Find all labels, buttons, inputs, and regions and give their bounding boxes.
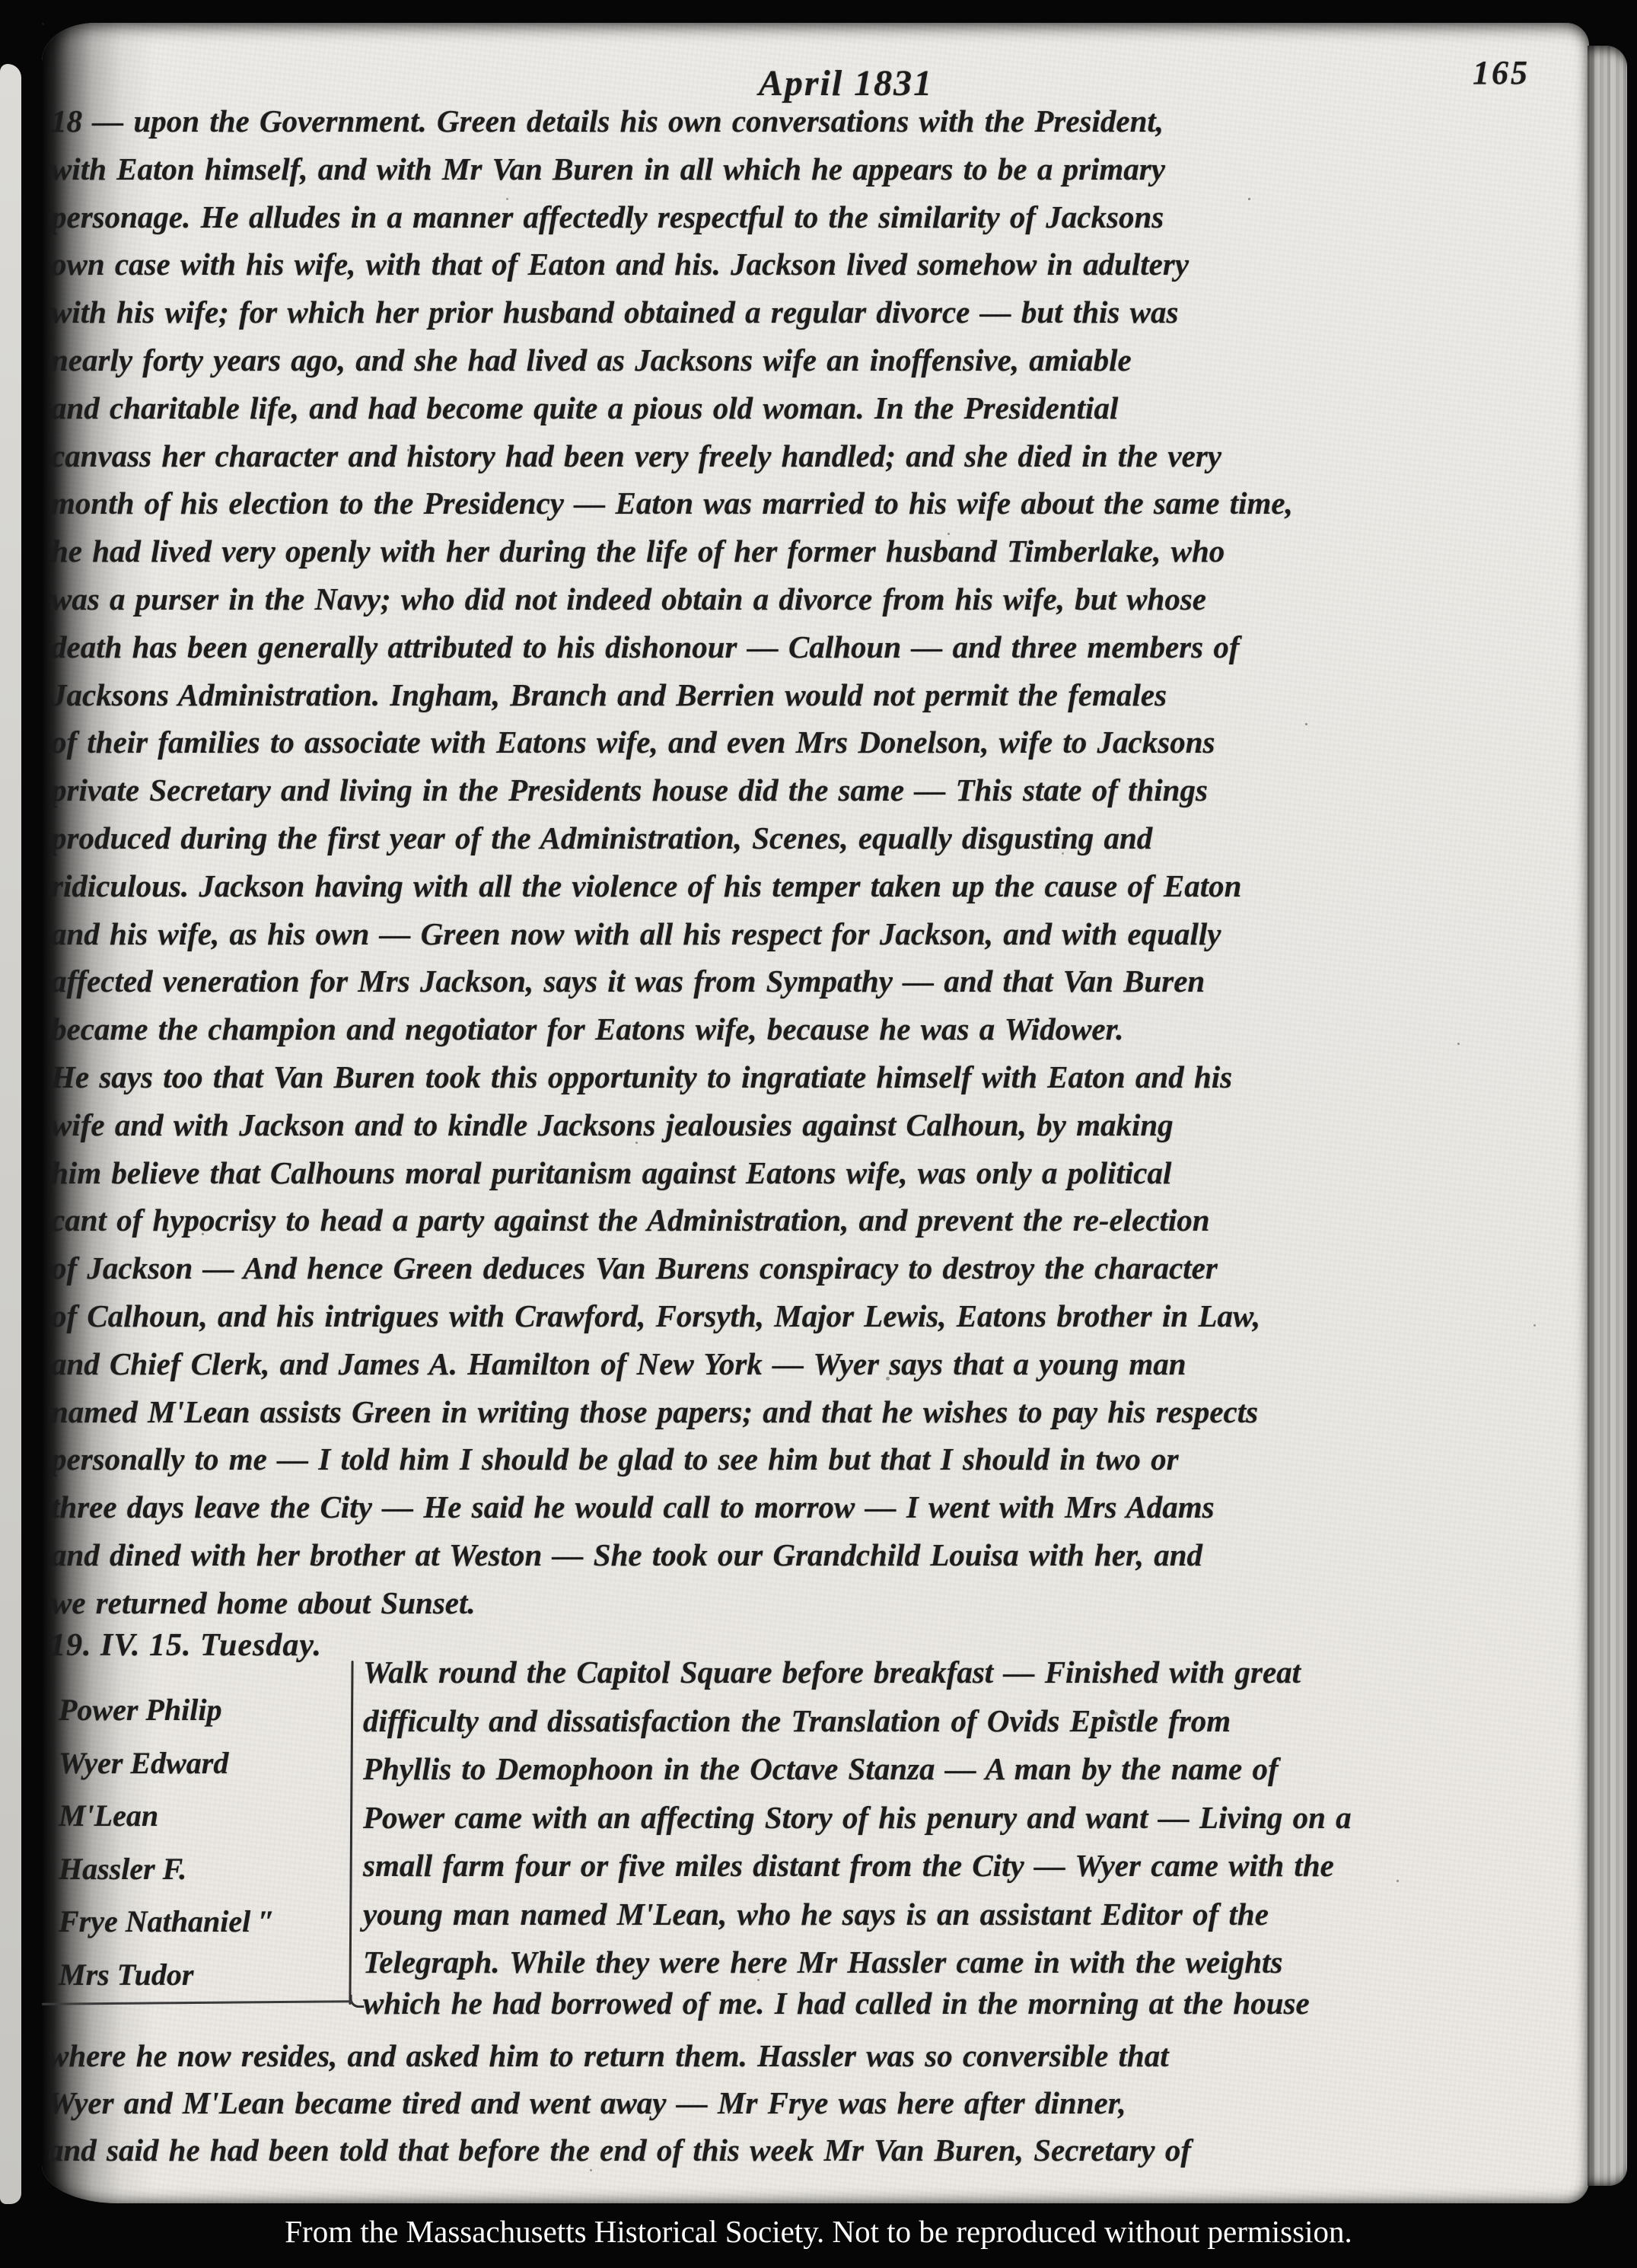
manuscript-line: where he now resides, and asked him to r… (48, 2032, 1582, 2079)
manuscript-line: which he had borrowed of me. I had calle… (363, 1985, 1310, 2021)
entry-19-body-full-width: where he now resides, and asked him to r… (48, 2032, 1582, 2174)
book-page-edges (1588, 46, 1627, 2186)
manuscript-line: He says too that Van Buren took this opp… (51, 1053, 1582, 1101)
manuscript-line: nearly forty years ago, and she had live… (51, 336, 1582, 384)
manuscript-line: Wyer and M'Lean became tired and went aw… (48, 2079, 1582, 2126)
manuscript-line: and charitable life, and had become quit… (51, 384, 1582, 432)
manuscript-line: Telegraph. While they were here Mr Hassl… (363, 1938, 1588, 1987)
manuscript-line: Walk round the Capitol Square before bre… (363, 1648, 1588, 1697)
manuscript-line: and Chief Clerk, and James A. Hamilton o… (51, 1340, 1582, 1388)
manuscript-line: was a purser in the Navy; who did not in… (51, 575, 1582, 623)
manuscript-line: canvass her character and history had be… (51, 432, 1582, 480)
margin-name: Mrs Tudor (59, 1948, 275, 2002)
manuscript-line: death has been generally attributed to h… (51, 623, 1582, 671)
margin-name: Hassler F. (59, 1843, 275, 1896)
manuscript-line: he had lived very openly with her during… (51, 527, 1582, 575)
margin-divider-vertical (349, 1661, 353, 2005)
margin-name: M'Lean (59, 1789, 275, 1843)
manuscript-line: month of his election to the Presidency … (51, 479, 1582, 527)
manuscript-line: produced during the first year of the Ad… (51, 814, 1582, 862)
manuscript-line: of their families to associate with Eato… (51, 718, 1582, 766)
manuscript-line: of Jackson — And hence Green deduces Van… (51, 1244, 1582, 1292)
entry-18-body: 18 — upon the Government. Green details … (51, 97, 1582, 1627)
opposite-page-edge (0, 64, 21, 2204)
manuscript-line: of Calhoun, and his intrigues with Crawf… (51, 1292, 1582, 1340)
manuscript-line: own case with his wife, with that of Eat… (51, 240, 1582, 288)
manuscript-line: small farm four or five miles distant fr… (363, 1842, 1588, 1891)
manuscript-line: personally to me — I told him I should b… (51, 1435, 1582, 1483)
manuscript-line: named M'Lean assists Green in writing th… (51, 1388, 1582, 1436)
diary-page: April 1831 165 18 — upon the Government.… (42, 23, 1589, 2203)
manuscript-line: difficulty and dissatisfaction the Trans… (363, 1697, 1588, 1746)
manuscript-line: personage. He alludes in a manner affect… (51, 193, 1582, 241)
manuscript-line: him believe that Calhouns moral puritani… (51, 1149, 1582, 1197)
manuscript-line: with his wife; for which her prior husba… (51, 288, 1582, 336)
manuscript-line: we returned home about Sunset. (51, 1579, 1582, 1627)
manuscript-line: Power came with an affecting Story of hi… (363, 1794, 1588, 1843)
manuscript-line: Jacksons Administration. Ingham, Branch … (51, 671, 1582, 719)
manuscript-line: ridiculous. Jackson having with all the … (51, 862, 1582, 910)
entry-19-heading: 19. IV. 15. Tuesday. (49, 1627, 322, 1664)
scan-noise-specks (42, 23, 44, 25)
footer-credit: From the Massachusetts Historical Societ… (0, 2213, 1637, 2250)
manuscript-line: Phyllis to Demophoon in the Octave Stanz… (363, 1745, 1588, 1794)
manuscript-line: and said he had been told that before th… (48, 2126, 1582, 2174)
manuscript-line: wife and with Jackson and to kindle Jack… (51, 1101, 1582, 1149)
manuscript-line: affected veneration for Mrs Jackson, say… (51, 957, 1582, 1005)
manuscript-line: cant of hypocrisy to head a party agains… (51, 1196, 1582, 1244)
margin-name: Frye Nathaniel ″ (59, 1895, 275, 1948)
entry-19-body-column: Walk round the Capitol Square before bre… (363, 1648, 1588, 1987)
manuscript-line: with Eaton himself, and with Mr Van Bure… (51, 145, 1582, 193)
page-number: 165 (1473, 53, 1530, 92)
entry-19-margin-names: Power Philip Wyer Edward M'Lean Hassler … (59, 1683, 275, 2002)
margin-name: Power Philip (59, 1683, 275, 1737)
manuscript-line: became the champion and negotiator for E… (51, 1005, 1582, 1053)
manuscript-line: three days leave the City — He said he w… (51, 1483, 1582, 1531)
manuscript-line: private Secretary and living in the Pres… (51, 766, 1582, 814)
manuscript-line: and his wife, as his own — Green now wit… (51, 910, 1582, 958)
manuscript-line: and dined with her brother at Weston — S… (51, 1531, 1582, 1579)
margin-name: Wyer Edward (59, 1737, 275, 1790)
manuscript-line: young man named M'Lean, who he says is a… (363, 1891, 1588, 1939)
manuscript-line: 18 — upon the Government. Green details … (51, 97, 1582, 145)
